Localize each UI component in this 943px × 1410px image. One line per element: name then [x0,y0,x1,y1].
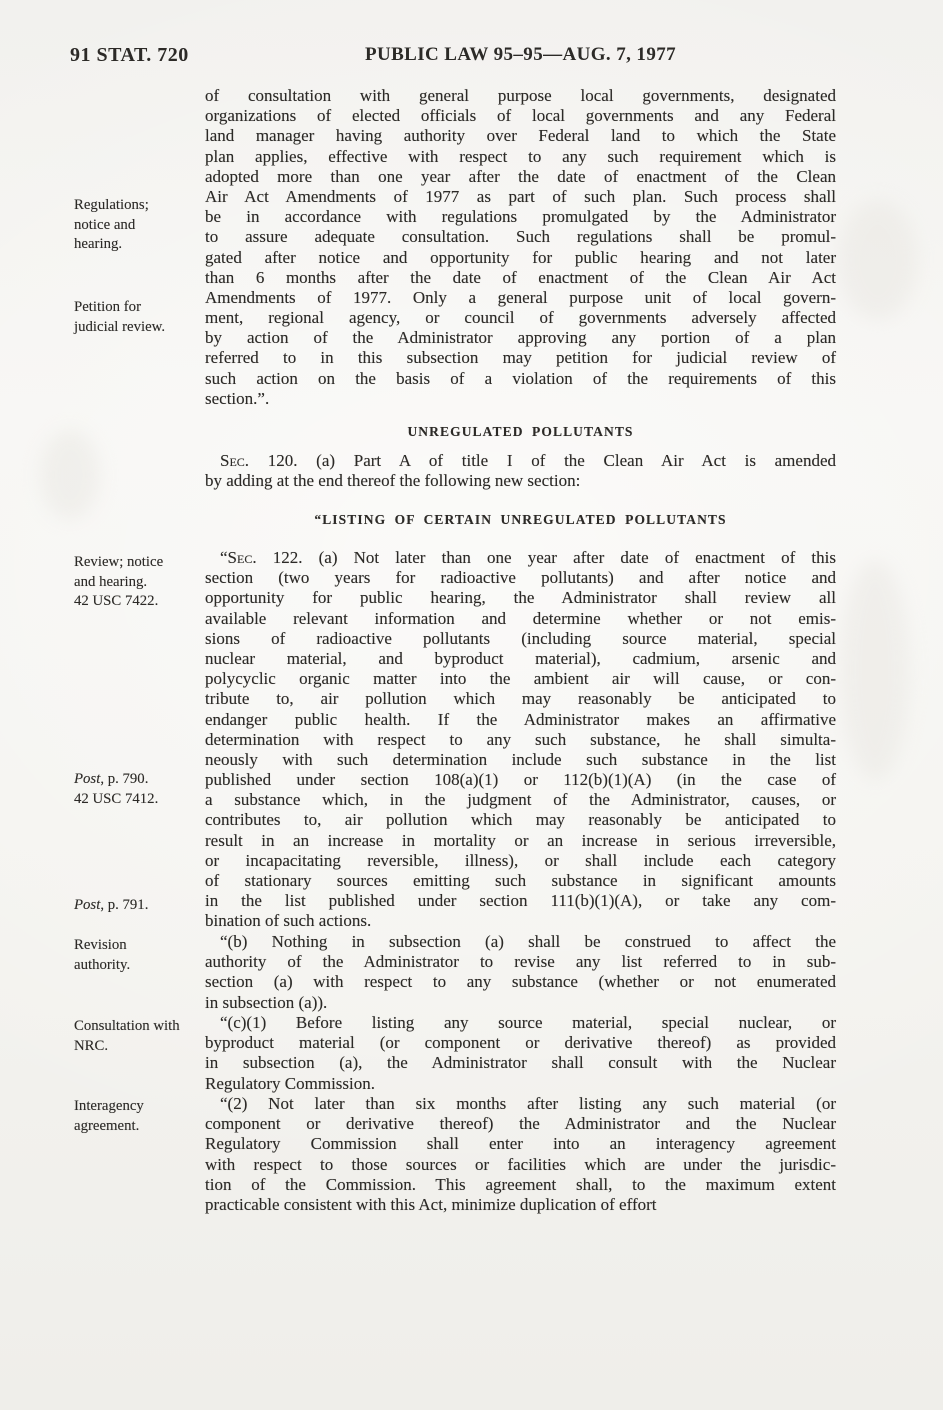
margin-note-post-791: Post, p. 791. [74,896,209,916]
margin-note-petition: Petition forjudicial review. [74,298,209,337]
statute-page: 91 STAT. 720 Regulations;notice andheari… [0,0,943,1410]
margin-note-consultation: Consultation withNRC. [74,1017,209,1056]
section-heading-unregulated-pollutants: UNREGULATED POLLUTANTS [205,424,836,440]
paragraph-sec-122-c1: “(c)(1) Before listing any source materi… [205,1013,836,1094]
scan-artifact [838,200,918,320]
scan-artifact [40,430,100,520]
margin-note-revision: Revisionauthority. [74,936,209,975]
margin-note-interagency: Interagencyagreement. [74,1097,209,1136]
margin-note-post-790: Post, p. 790.42 USC 7412. [74,770,209,809]
paragraph-sec-120: Sec. 120. (a) Part A of title I of the C… [205,451,836,491]
margin-note-regulations: Regulations;notice andhearing. [74,196,209,255]
paragraph-sec-122-c2: “(2) Not later than six months after lis… [205,1094,836,1215]
paragraph-plan-consultation: of consultation with general purpose loc… [205,86,836,409]
scan-artifact [840,560,910,780]
text-column: PUBLIC LAW 95–95—AUG. 7, 1977 of consult… [205,0,836,1410]
margin-note-review: Review; noticeand hearing.42 USC 7422. [74,553,209,612]
running-head-law-title: PUBLIC LAW 95–95—AUG. 7, 1977 [205,44,836,66]
section-heading-listing-pollutants: “LISTING OF CERTAIN UNREGULATED POLLUTAN… [205,512,836,528]
paragraph-sec-122-a: “Sec. 122. (a) Not later than one year a… [205,548,836,932]
paragraph-sec-122-b: “(b) Nothing in subsection (a) shall be … [205,932,836,1013]
